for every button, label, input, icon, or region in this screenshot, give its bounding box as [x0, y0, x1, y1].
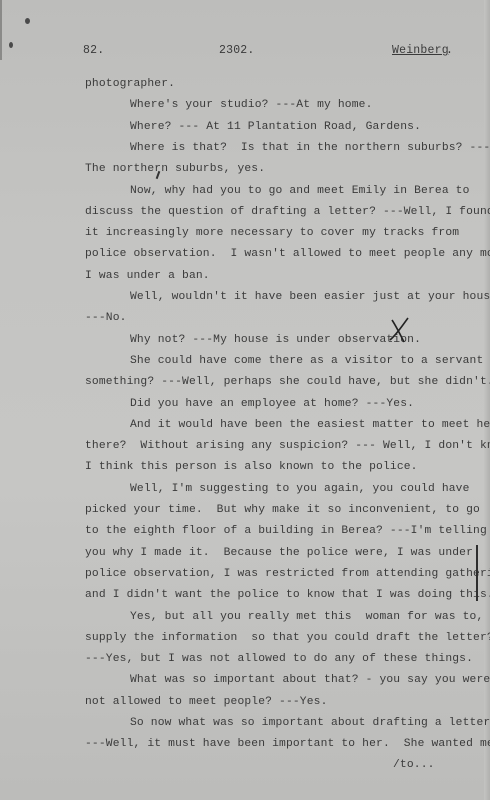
transcript-line: not allowed to meet people? ---Yes. — [85, 696, 328, 708]
transcript-line: you why I made it. Because the police we… — [85, 547, 473, 559]
transcript-line: supply the information so that you could… — [85, 632, 490, 644]
transcript-line: ---No. — [85, 312, 127, 324]
witness-name: Weinberg — [392, 44, 449, 57]
transcript-line: police observation, I was restricted fro… — [85, 568, 490, 580]
transcript-line: ---Yes, but I was not allowed to do any … — [85, 653, 473, 665]
transcript-line: to the eighth floor of a building in Ber… — [85, 525, 487, 537]
transcript-line: Where? --- At 11 Plantation Road, Garden… — [130, 121, 421, 133]
transcript-line: The northern suburbs, yes. — [85, 163, 265, 175]
transcript-line: discuss the question of drafting a lette… — [85, 206, 490, 218]
transcript-line: So now what was so important about draft… — [130, 717, 490, 729]
transcript-line: and I didn't want the police to know tha… — [85, 589, 490, 601]
typewritten-page: 82. 2302. Weinberg . photographer.Where'… — [0, 0, 490, 800]
witness-name-period: . — [446, 44, 453, 57]
transcript-line: it increasingly more necessary to cover … — [85, 227, 459, 239]
transcript-line: Well, I'm suggesting to you again, you c… — [130, 483, 470, 495]
transcript-line: Where is that? Is that in the northern s… — [130, 142, 490, 154]
transcript-line: Did you have an employee at home? ---Yes… — [130, 398, 414, 410]
transcript-line: something? ---Well, perhaps she could ha… — [85, 376, 490, 388]
transcript-line: picked your time. But why make it so inc… — [85, 504, 480, 516]
transcript-line: Now, why had you to go and meet Emily in… — [130, 185, 470, 197]
transcript-line: ---Well, it must have been important to … — [85, 738, 490, 750]
transcript-line: Why not? ---My house is under observatio… — [130, 334, 421, 346]
transcript-line: I was under a ban. — [85, 270, 210, 282]
ink-speck — [9, 42, 13, 48]
margin-bar-mark — [476, 545, 478, 601]
transcript-line: I think this person is also known to the… — [85, 461, 418, 473]
transcript-line: Well, wouldn't it have been easier just … — [130, 291, 490, 303]
transcript-line: What was so important about that? - you … — [130, 674, 490, 686]
transcript-line: And it would have been the easiest matte… — [130, 419, 490, 431]
transcript-line: photographer. — [85, 78, 175, 90]
transcript-page-number: 2302. — [219, 44, 255, 57]
transcript-line: Yes, but all you really met this woman f… — [130, 611, 490, 623]
transcript-line: there? Without arising any suspicion? --… — [85, 440, 490, 452]
page-number: 82. — [83, 44, 104, 57]
page-left-edge — [0, 0, 2, 60]
handwritten-x-mark — [388, 316, 410, 344]
ink-speck — [25, 18, 30, 24]
transcript-line: She could have come there as a visitor t… — [130, 355, 490, 367]
continuation-marker: /to... — [393, 759, 435, 771]
transcript-line: Where's your studio? ---At my home. — [130, 99, 373, 111]
transcript-line: police observation. I wasn't allowed to … — [85, 248, 490, 260]
